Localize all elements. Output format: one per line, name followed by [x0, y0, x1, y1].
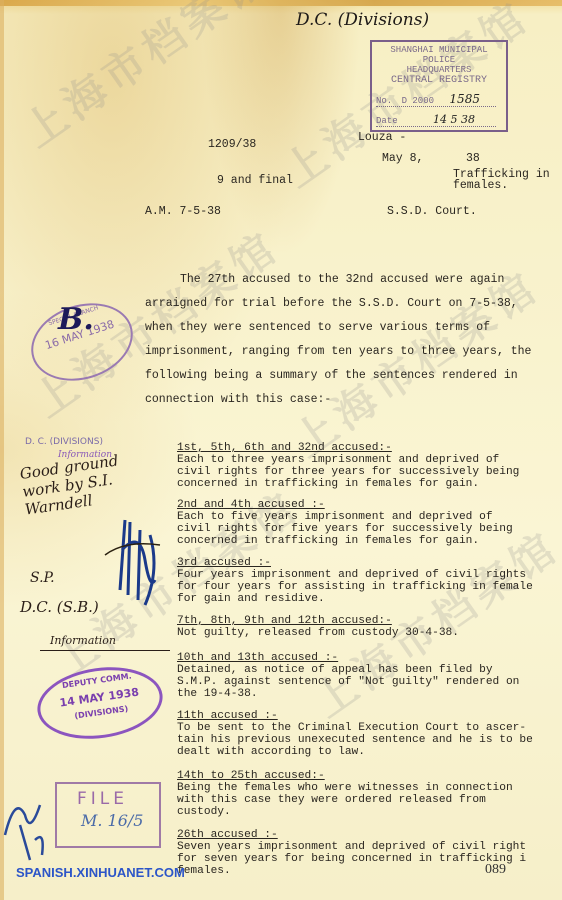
registry-number-handwritten: 1585	[449, 92, 480, 106]
blue-ink-margin-note-icon	[0, 785, 55, 865]
paper-edge-left	[0, 0, 4, 900]
registry-date-handwritten: 14 5 38	[433, 113, 475, 126]
registry-number-row: No. D 2000 1585	[376, 92, 496, 107]
file-number: 1209/38	[208, 138, 256, 151]
sentence-heading: 10th and 13th accused :-	[177, 652, 519, 664]
archive-watermark: 上海市档案馆	[10, 0, 280, 159]
officer-name: Louza -	[358, 131, 406, 144]
central-registry-stamp: SHANGHAI MUNICIPAL POLICE HEADQUARTERS C…	[370, 40, 508, 132]
sentence-heading: 2nd and 4th accused :-	[177, 499, 513, 511]
sentence-heading: 7th, 8th, 9th and 12th accused:-	[177, 615, 459, 627]
file-stamp: FILE M. 16/5	[55, 782, 161, 848]
sentence-heading: 14th to 25th accused:-	[177, 770, 513, 782]
sentence-heading: 1st, 5th, 6th and 32nd accused:-	[177, 442, 519, 454]
registry-stamp-line3: CENTRAL REGISTRY	[372, 75, 506, 86]
sentence-heading: 11th accused :-	[177, 710, 533, 722]
registry-stamp-line1: SHANGHAI MUNICIPAL POLICE	[372, 45, 506, 65]
source-credit: SPANISH.XINHUANET.COM	[16, 865, 185, 880]
registry-stamp-line2: HEADQUARTERS	[372, 65, 506, 75]
handwritten-dc-sb: D.C. (S.B.)	[20, 598, 99, 616]
court-name: S.S.D. Court.	[387, 205, 477, 218]
report-year: 38	[466, 152, 480, 165]
special-branch-initials: B.	[58, 302, 94, 337]
handwritten-note: Good ground work by S.I. Warndell	[19, 451, 125, 518]
file-stamp-label: FILE	[77, 789, 159, 809]
blue-ink-signature-icon	[100, 510, 180, 610]
handwritten-dc-divisions: D.C. (Divisions)	[296, 10, 429, 30]
document-page: 上海市档案馆 上海市档案馆 上海市档案馆 上海市档案馆 上海市档案馆 上海市档案…	[0, 0, 562, 900]
sentence-heading: 26th accused :-	[177, 829, 526, 841]
dc-divisions-stamp: D. C. (DIVISIONS)	[25, 437, 103, 447]
sentence-section: 26th accused :-Seven years imprisonment …	[177, 805, 526, 889]
deputy-comm-stamp: DEPUTY COMM. 14 MAY 1938 (DIVISIONS)	[33, 660, 168, 747]
case-subject: Trafficking in females.	[453, 169, 550, 191]
handwritten-underline	[40, 650, 170, 651]
report-number: 9 and final	[217, 174, 293, 187]
page-number: 089	[485, 862, 506, 878]
report-date: May 8,	[382, 152, 423, 165]
handwritten-information: Information	[50, 634, 116, 647]
registry-date-row: Date 14 5 38	[376, 113, 496, 127]
paper-edge-top	[0, 0, 562, 6]
sentence-heading: 3rd accused :-	[177, 557, 533, 569]
handwritten-sp: S.P.	[30, 570, 55, 586]
file-stamp-handwritten: M. 16/5	[81, 811, 159, 830]
time-date: A.M. 7-5-38	[145, 205, 221, 218]
